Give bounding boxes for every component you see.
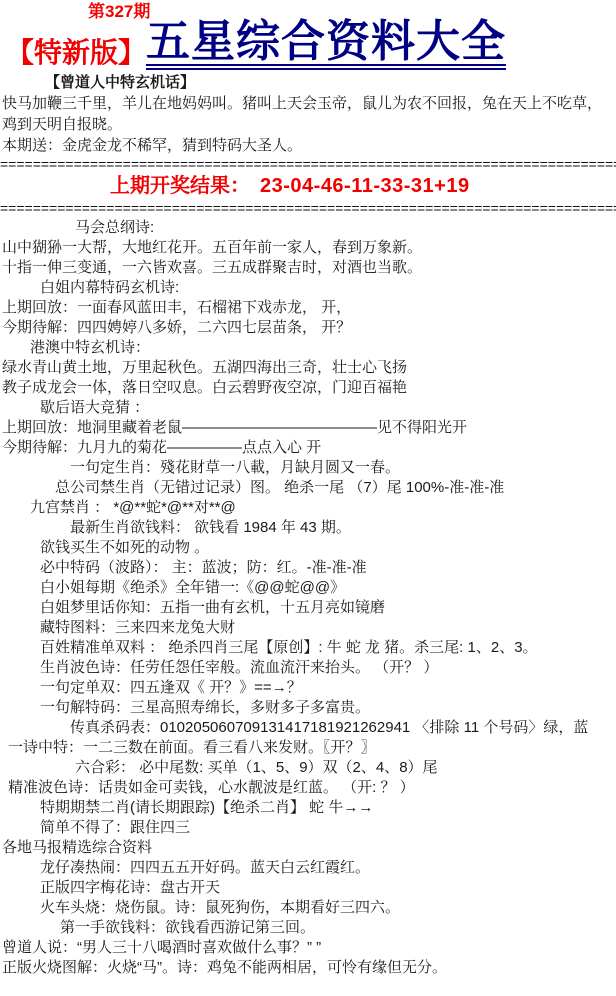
text-line: 今期待解：九月九的菊花—————点点入心 开 [0,438,616,458]
text-line: 总公司禁生肖（无错过记录）图。 绝杀一尾 （7）尾 100%-准-准-准 [0,478,616,498]
text-line: 正版四字梅花诗：盘古开天 [0,878,616,898]
separator-line: ========================================… [0,159,616,170]
text-line: 鸡到天明自报晓。 [0,114,616,135]
text-line: 六合彩： 必中尾数: 买单（1、5、9）双（2、4、8）尾 [0,758,616,778]
text-line: 藏特图料：三来四来龙兔大财 [0,618,616,638]
last-draw-result: 上期开奖结果：23-04-46-11-33-31+19 [0,173,616,200]
text-line: 必中特码（波路）： 主：蓝波；防：红。-准-准-准 [0,558,616,578]
text-line: 港澳中特玄机诗： [0,338,616,358]
intro-verse: 快马加鞭三千里，羊儿在地妈妈叫。猪叫上天会玉帝，鼠儿为农不回报，兔在天上不吃草，… [0,93,616,156]
text-line: 山中猢狲一大帮，大地红花开。五百年前一家人，春到万象新。 [0,238,616,258]
text-line: 龙仔凑热闹：四四五五开好码。蓝天白云红霞红。 [0,858,616,878]
text-line: 上期回放：地洞里藏着老鼠—————————————见不得阳光开 [0,418,616,438]
text-line: 十指一伸三变通，一六皆欢喜。三五成群聚吉时，对酒也当歌。 [0,258,616,278]
zengdao-heading: 【曾道人中特玄机话】 [0,72,616,93]
page-title: 五星综合资料大全 [146,21,506,70]
text-line: 一句定生肖：殘花財草一八載，月缺月圆又一春。 [0,458,616,478]
lottery-info-page: 第327期 【特新版】 五星综合资料大全 【曾道人中特玄机话】 快马加鞭三千里，… [0,0,616,996]
text-line: 白姐梦里话你知：五指一曲有玄机，十五月亮如镜磨 [0,598,616,618]
text-line: 一句解特码：三星高照寿绵长，多财多子多富贵。 [0,698,616,718]
text-line: 火车头烧：烧伤鼠。诗：鼠死狗伤，本期看好三四六。 [0,898,616,918]
edition-badge: 【特新版】 [6,36,146,70]
page-header: 第327期 【特新版】 五星综合资料大全 [0,0,616,70]
text-line: 正版火烧图解：火烧“马”。诗：鸡兔不能两相居，可怜有缘但无分。 [0,958,616,978]
title-row: 【特新版】 五星综合资料大全 [0,21,616,70]
text-line: 绿水青山黄土地，万里起秋色。五湖四海出三奇，壮士心飞扬 [0,358,616,378]
text-line: 特期期禁二肖(请长期跟踪)【绝杀二肖】 蛇 牛→→ [0,798,616,818]
text-line: 各地马报精选综合资料 [0,838,616,858]
text-line: 欲钱买生不如死的动物 。 [0,538,616,558]
text-line: 九宫禁肖 ： *@**蛇*@**对**@ [0,498,616,518]
text-line: 百姓精准单双料 ： 绝杀四肖三尾【原创】: 牛 蛇 龙 猪。杀三尾: 1、2、3… [0,638,616,658]
text-line: 白姐内幕特码玄机诗: [0,278,616,298]
text-line: 上期回放：一面春风蓝田丰，石榴裙下戏赤龙， 开， [0,298,616,318]
tips-content: 马会总纲诗:山中猢狲一大帮，大地红花开。五百年前一家人，春到万象新。十指一伸三变… [0,218,616,978]
text-line: 白小姐每期《绝杀》全年错一:《@@蛇@@》 [0,578,616,598]
text-line: 最新生肖欲钱料： 欲钱看 1984 年 43 期。 [0,518,616,538]
text-line: 马会总纲诗: [0,218,616,238]
text-line: 生肖波色诗：任劳任怨任宰般。流血流汗来抬头。 （开？ ） [0,658,616,678]
text-line: 传真杀码表：010205060709131417181921262941 〈排除… [0,718,616,738]
text-line: 第一手欲钱料：欲钱看西游记第三回。 [0,918,616,938]
text-line: 一句定单双：四五逢双《 开？》==→？ [0,678,616,698]
text-line: 今期待解：四四娉婷八多娇，二六四七层苗条， 开？ [0,318,616,338]
text-line: 曾道人说：“男人三十八喝酒时喜欢做什么事？” ” [0,938,616,958]
text-line: 简单不得了：跟住四三 [0,818,616,838]
text-line: 歇后语大竞猜 ： [0,398,616,418]
text-line: 一诗中特：一二三数在前面。看三看八来发财。〖开？〗 [0,738,616,758]
text-line: 精准波色诗：话贵如金可卖钱，心水靓波是红蓝。 （开: ？ ） [0,778,616,798]
last-draw-numbers: 23-04-46-11-33-31+19 [260,175,470,197]
separator-line: ========================================… [0,203,616,214]
last-draw-label: 上期开奖结果： [110,175,250,197]
text-line: 教子成龙会一体，落日空叹息。白云碧野夜空凉，门迎百福艳 [0,378,616,398]
text-line: 本期送：金虎金龙不稀罕，猜到特码大圣人。 [0,135,616,156]
text-line: 快马加鞭三千里，羊儿在地妈妈叫。猪叫上天会玉帝，鼠儿为农不回报，兔在天上不吃草， [0,93,616,114]
